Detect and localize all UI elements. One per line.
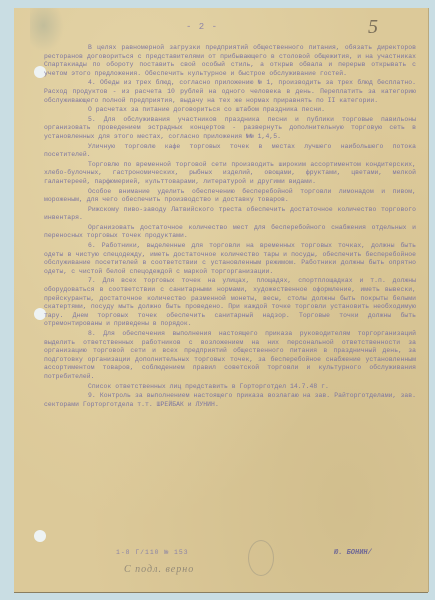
paragraph: В целях равномерной загрузки предприятий… — [44, 44, 416, 78]
paragraph-item-5: 5. Для обслуживания участников праздника… — [44, 116, 416, 142]
paragraph-item-6: 6. Работники, выделенные для торговли на… — [44, 242, 416, 276]
paragraph: Список ответственных лиц представить в Г… — [44, 383, 416, 392]
punch-hole-bottom — [34, 530, 46, 542]
page-number: - 2 - — [186, 22, 218, 32]
paragraph: О расчетах за питание договориться со шт… — [44, 106, 416, 115]
signature: Ю. БОНИН/ — [334, 549, 372, 557]
paragraph: Рижскому пиво-заводу Латвийского треста … — [44, 206, 416, 223]
folio-mark: 5 — [368, 16, 378, 39]
paragraph: Торговлю по временной торговой сети прои… — [44, 161, 416, 187]
handwritten-note: С подл. верно — [124, 564, 194, 575]
paragraph: Уличную торговлю кафе торговых точек в м… — [44, 143, 416, 160]
paragraph: Особое внимание уделить обеспечению бесп… — [44, 188, 416, 205]
paragraph-item-8: 8. Для обеспечения выполнения настоящего… — [44, 330, 416, 382]
document-reference: 1-8 Г/110 № 153 — [116, 549, 189, 556]
paragraph: Организовать достаточное количество мест… — [44, 224, 416, 241]
pencil-signature-mark — [248, 540, 274, 576]
paragraph-item-4: 4. Обеды из трех блюд, согласно приложен… — [44, 79, 416, 105]
document-body: В целях равномерной загрузки предприятий… — [44, 44, 416, 410]
paragraph-item-9: 9. Контроль за выполнением настоящего пр… — [44, 392, 416, 409]
paragraph-item-7: 7. Для всех торговых точек на улицах, пл… — [44, 277, 416, 329]
